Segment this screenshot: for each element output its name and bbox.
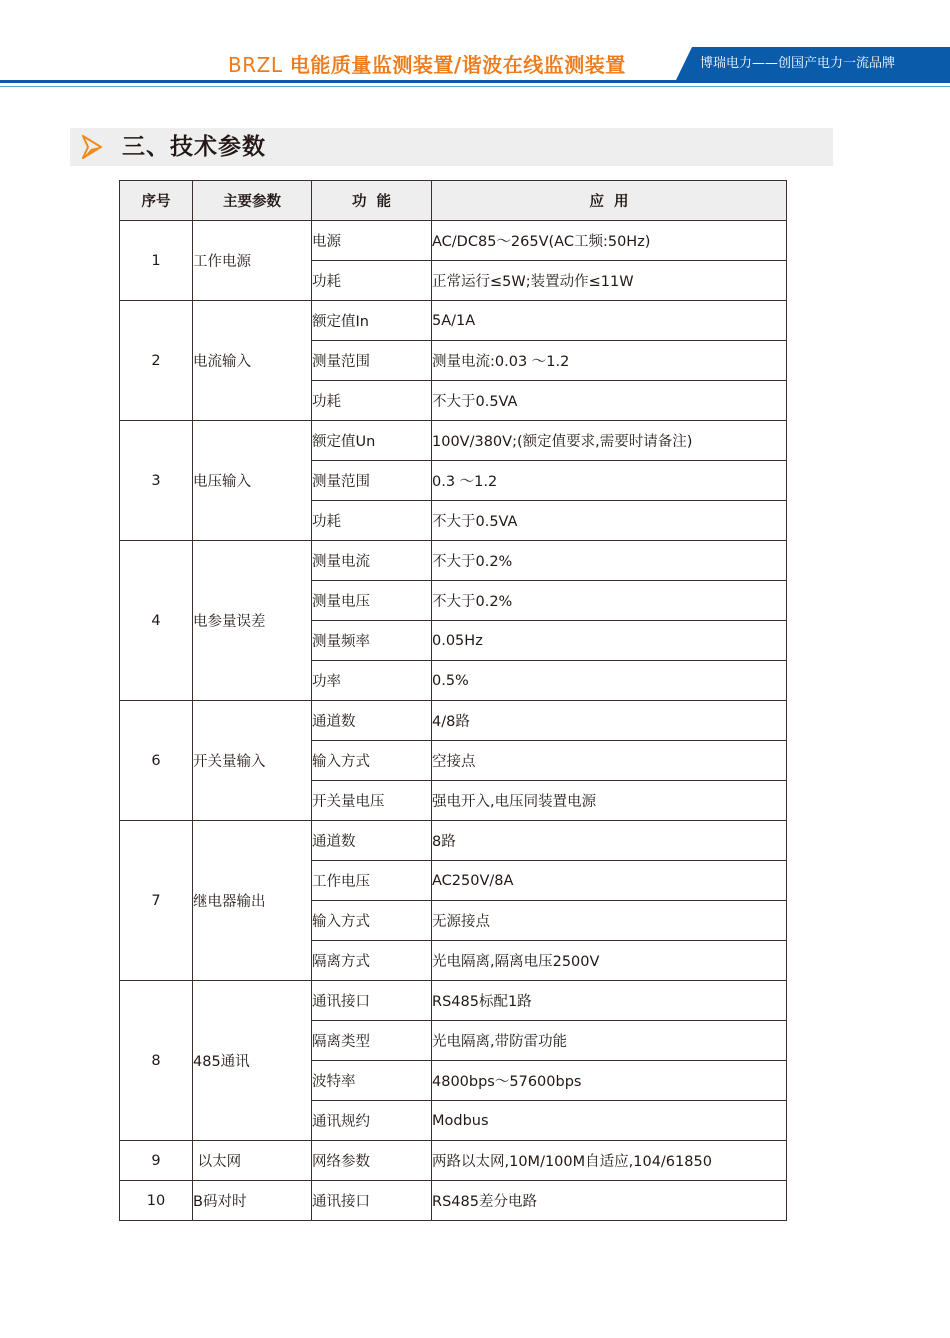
application-cell: 正常运行≤5W;装置动作≤11W xyxy=(432,261,787,301)
company-slogan: 博瑞电力——创国产电力一流品牌 xyxy=(700,55,895,73)
application-cell: 测量电流:0.03 ～1.2 xyxy=(432,341,787,381)
function-cell: 电源 xyxy=(312,221,432,261)
header-application: 应 用 xyxy=(432,181,787,221)
main-parameter: 以太网 xyxy=(193,1141,312,1181)
table-row: 9 以太网网络参数两路以太网,10M/100M自适应,104/61850 xyxy=(120,1141,787,1181)
function-cell: 测量频率 xyxy=(312,621,432,661)
row-number: 4 xyxy=(120,541,193,701)
application-cell: 不大于0.5VA xyxy=(432,501,787,541)
table-header-row: 序号 主要参数 功 能 应 用 xyxy=(120,181,787,221)
application-cell: 0.3 ～1.2 xyxy=(432,461,787,501)
brand-name: BRZL xyxy=(228,53,282,77)
row-number: 1 xyxy=(120,221,193,301)
function-cell: 测量范围 xyxy=(312,341,432,381)
main-parameter: 工作电源 xyxy=(193,221,312,301)
function-cell: 通讯接口 xyxy=(312,1181,432,1221)
application-cell: 0.05Hz xyxy=(432,621,787,661)
table-row: 8485通讯通讯接口RS485标配1路 xyxy=(120,981,787,1021)
main-parameter: B码对时 xyxy=(193,1181,312,1221)
application-cell: 光电隔离,带防雷功能 xyxy=(432,1021,787,1061)
row-number: 9 xyxy=(120,1141,193,1181)
application-cell: RS485标配1路 xyxy=(432,981,787,1021)
row-number: 3 xyxy=(120,421,193,541)
function-cell: 开关量电压 xyxy=(312,781,432,821)
application-cell: 4800bps～57600bps xyxy=(432,1061,787,1101)
main-parameter: 继电器输出 xyxy=(193,821,312,981)
function-cell: 通道数 xyxy=(312,821,432,861)
function-cell: 测量电流 xyxy=(312,541,432,581)
function-cell: 波特率 xyxy=(312,1061,432,1101)
application-cell: Modbus xyxy=(432,1101,787,1141)
application-cell: 不大于0.5VA xyxy=(432,381,787,421)
table-row: 6开关量输入通道数4/8路 xyxy=(120,701,787,741)
row-number: 6 xyxy=(120,701,193,821)
application-cell: 不大于0.2% xyxy=(432,541,787,581)
function-cell: 功耗 xyxy=(312,381,432,421)
table-row: 1工作电源电源AC/DC85～265V(AC工频:50Hz) xyxy=(120,221,787,261)
header-function: 功 能 xyxy=(312,181,432,221)
application-cell: 0.5% xyxy=(432,661,787,701)
function-cell: 输入方式 xyxy=(312,901,432,941)
application-cell: 空接点 xyxy=(432,741,787,781)
arrow-right-icon xyxy=(82,135,102,159)
function-cell: 通讯接口 xyxy=(312,981,432,1021)
application-cell: AC/DC85～265V(AC工频:50Hz) xyxy=(432,221,787,261)
application-cell: RS485差分电路 xyxy=(432,1181,787,1221)
row-number: 2 xyxy=(120,301,193,421)
function-cell: 功率 xyxy=(312,661,432,701)
header-rule-thick xyxy=(0,80,950,83)
document-title: BRZL 电能质量监测装置/谐波在线监测装置 xyxy=(228,52,626,78)
main-parameter: 电参量误差 xyxy=(193,541,312,701)
function-cell: 通道数 xyxy=(312,701,432,741)
page-header: BRZL 电能质量监测装置/谐波在线监测装置 博瑞电力——创国产电力一流品牌 xyxy=(0,0,950,92)
header-param: 主要参数 xyxy=(193,181,312,221)
function-cell: 隔离类型 xyxy=(312,1021,432,1061)
section-title: 三、技术参数 xyxy=(122,131,266,163)
function-cell: 额定值Un xyxy=(312,421,432,461)
application-cell: 4/8路 xyxy=(432,701,787,741)
main-parameter: 电流输入 xyxy=(193,301,312,421)
application-cell: 100V/380V;(额定值要求,需要时请备注) xyxy=(432,421,787,461)
function-cell: 网络参数 xyxy=(312,1141,432,1181)
main-parameter: 开关量输入 xyxy=(193,701,312,821)
application-cell: 8路 xyxy=(432,821,787,861)
header-rule-thin xyxy=(0,86,950,87)
product-name: 电能质量监测装置/谐波在线监测装置 xyxy=(282,53,625,77)
header-no: 序号 xyxy=(120,181,193,221)
main-parameter: 电压输入 xyxy=(193,421,312,541)
function-cell: 隔离方式 xyxy=(312,941,432,981)
application-cell: 强电开入,电压同装置电源 xyxy=(432,781,787,821)
row-number: 8 xyxy=(120,981,193,1141)
table-row: 3电压输入额定值Un100V/380V;(额定值要求,需要时请备注) xyxy=(120,421,787,461)
function-cell: 测量范围 xyxy=(312,461,432,501)
function-cell: 额定值In xyxy=(312,301,432,341)
application-cell: 光电隔离,隔离电压2500V xyxy=(432,941,787,981)
application-cell: AC250V/8A xyxy=(432,861,787,901)
function-cell: 测量电压 xyxy=(312,581,432,621)
application-cell: 无源接点 xyxy=(432,901,787,941)
application-cell: 5A/1A xyxy=(432,301,787,341)
row-number: 7 xyxy=(120,821,193,981)
function-cell: 输入方式 xyxy=(312,741,432,781)
application-cell: 不大于0.2% xyxy=(432,581,787,621)
main-parameter: 485通讯 xyxy=(193,981,312,1141)
table-row: 10B码对时通讯接口RS485差分电路 xyxy=(120,1181,787,1221)
table-row: 4电参量误差测量电流不大于0.2% xyxy=(120,541,787,581)
application-cell: 两路以太网,10M/100M自适应,104/61850 xyxy=(432,1141,787,1181)
table-row: 2电流输入额定值In5A/1A xyxy=(120,301,787,341)
tech-params-table: 序号 主要参数 功 能 应 用 1工作电源电源AC/DC85～265V(AC工频… xyxy=(119,180,787,1221)
function-cell: 功耗 xyxy=(312,261,432,301)
table-row: 7继电器输出通道数8路 xyxy=(120,821,787,861)
table-body: 1工作电源电源AC/DC85～265V(AC工频:50Hz)功耗正常运行≤5W;… xyxy=(120,221,787,1221)
function-cell: 功耗 xyxy=(312,501,432,541)
function-cell: 工作电压 xyxy=(312,861,432,901)
row-number: 10 xyxy=(120,1181,193,1221)
function-cell: 通讯规约 xyxy=(312,1101,432,1141)
